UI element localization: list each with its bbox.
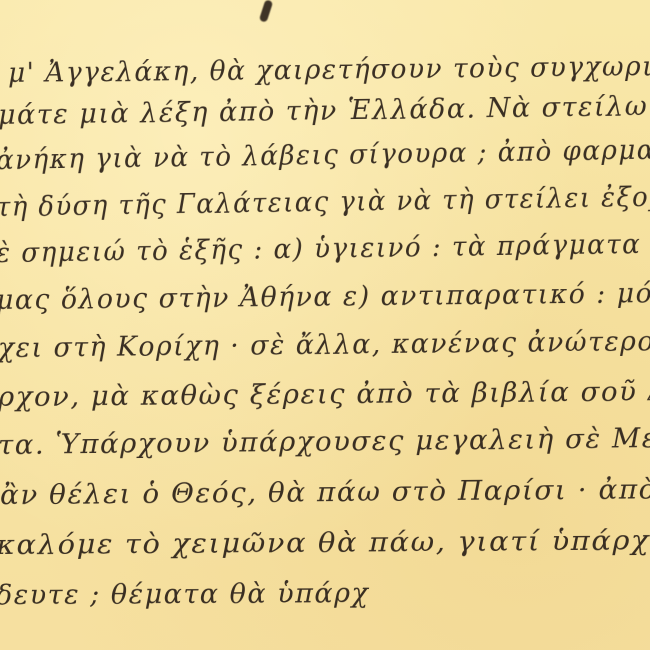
manuscript-line-1: μ' Ἀγγελάκη, θὰ χαιρετήσουν τοὺς συγχωρι… [8,50,650,89]
manuscript-line-9: τα. Ὑπάρχουν ὑπάρχουσες μεγαλειὴ σὲ Μεξι… [0,422,650,461]
manuscript-line-2: μάτε μιὰ λέξη ἀπὸ τὴν Ἑλλάδα. Νὰ στείλω … [0,90,650,131]
manuscript-line-10: ἂν θέλει ὁ Θεός, θὰ πάω στὸ Παρίσι · ἀπὸ… [0,474,650,511]
manuscript-page: μ' Ἀγγελάκη, θὰ χαιρετήσουν τοὺς συγχωρι… [0,0,650,650]
manuscript-line-5: ὲ σημειώ τὸ ἑξῆς : α) ὑγιεινό : τὰ πράγμ… [0,228,650,269]
manuscript-line-4: τὴ δύση τῆς Γαλάτειας γιὰ νὰ τὴ στείλει … [0,181,650,223]
manuscript-line-6: μας ὅλους στὴν Ἀθήνα ε) αντιπαρατικό : μ… [0,277,650,316]
ink-stroke-fragment [259,0,273,23]
manuscript-line-12: δευτε ; θέματα θὰ ὑπάρχ [0,578,369,611]
manuscript-line-8: ρχον, μὰ καθὼς ξέρεις ἀπὸ τὰ βιβλία σοῦ … [0,376,650,413]
manuscript-line-7: χει στὴ Κορίχη · σὲ ἄλλα, κανένας ἀνώτερ… [0,325,650,364]
manuscript-line-11: καλόμε τὸ χειμῶνα θὰ πάω, γιατί ὑπάρχε [0,525,650,561]
manuscript-line-3: ἀνήκη γιὰ νὰ τὸ λάβεις σίγουρα ; ἀπὸ φαρ… [0,134,650,176]
